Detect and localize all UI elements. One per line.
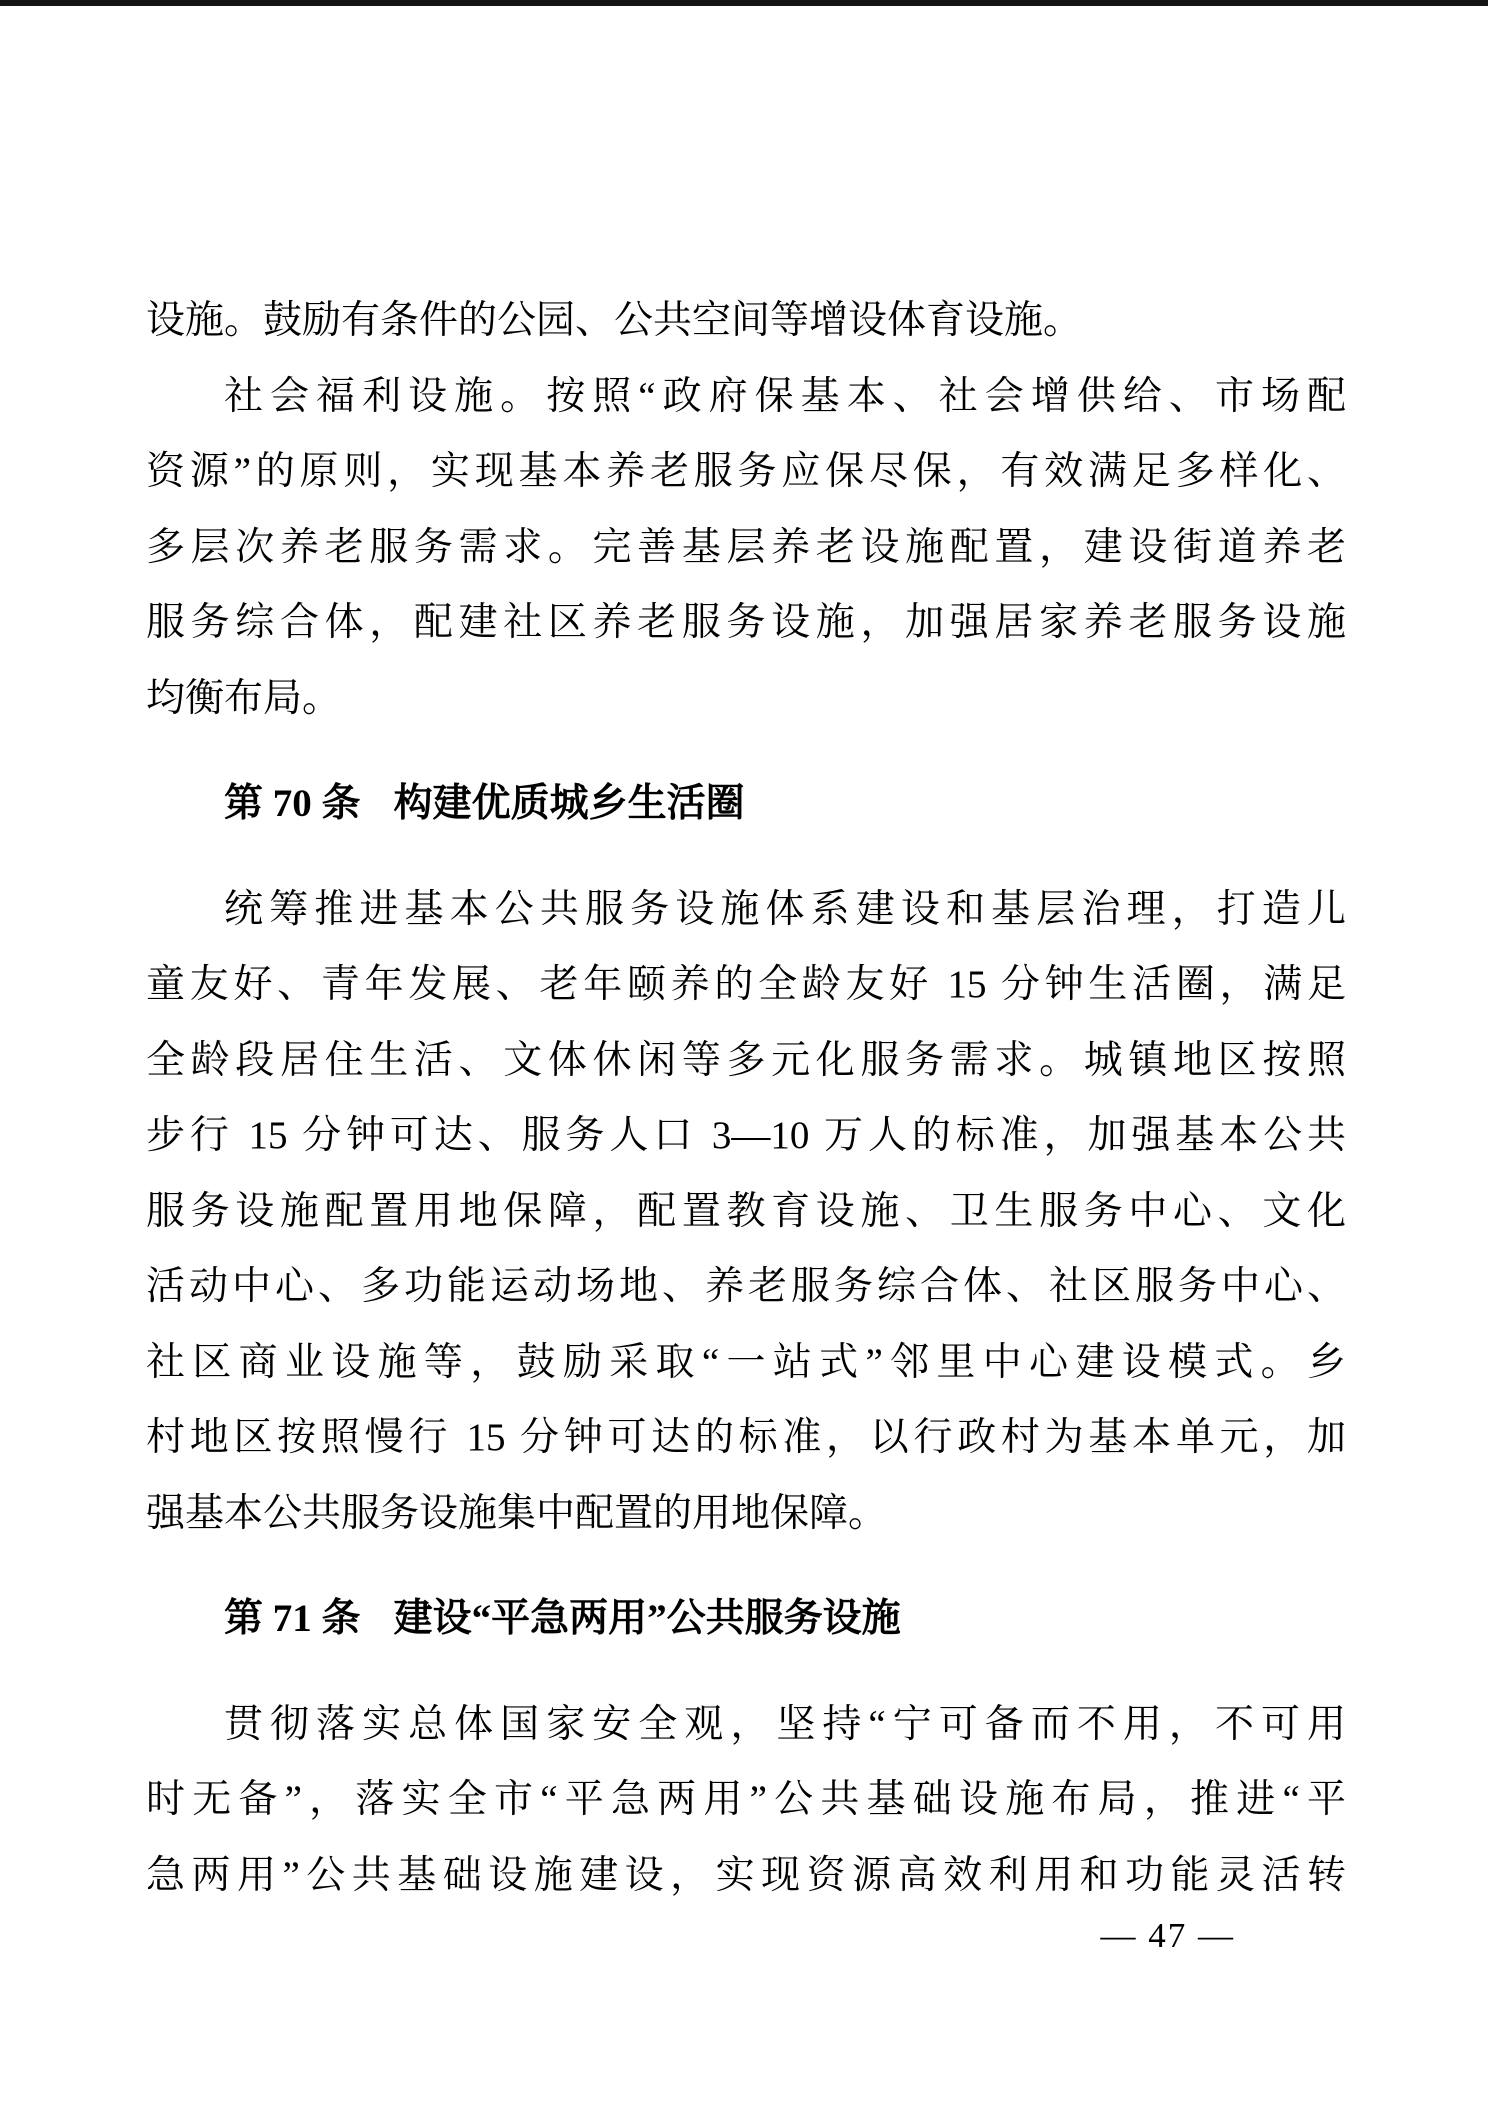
- body-line: 资源”的原则，实现基本养老服务应保尽保，有效满足多样化、: [146, 434, 1346, 510]
- body-line: 统筹推进基本公共服务设施体系建设和基层治理，打造儿: [146, 872, 1346, 948]
- body-line: 活动中心、多功能运动场地、养老服务综合体、社区服务中心、: [146, 1249, 1346, 1325]
- heading-title: 建设“平急两用”公共服务设施: [394, 1597, 901, 1640]
- body-line: 童友好、青年发展、老年颐养的全龄友好 15 分钟生活圈，满足: [146, 947, 1346, 1023]
- page-top-border: [0, 0, 1488, 6]
- body-line: 村地区按照慢行 15 分钟可达的标准，以行政村为基本单元，加: [146, 1400, 1346, 1476]
- heading-number: 第 71 条: [224, 1597, 361, 1640]
- body-line: 步行 15 分钟可达、服务人口 3—10 万人的标准，加强基本公共: [146, 1098, 1346, 1174]
- document-body: 设施。鼓励有条件的公园、公共空间等增设体育设施。 社会福利设施。按照“政府保基本…: [146, 283, 1346, 1913]
- section-70-heading: 第 70 条构建优质城乡生活圈: [146, 766, 1346, 842]
- heading-number: 第 70 条: [224, 782, 361, 825]
- body-line: 时无备”，落实全市“平急两用”公共基础设施布局，推进“平: [146, 1762, 1346, 1838]
- body-line: 社会福利设施。按照“政府保基本、社会增供给、市场配: [146, 359, 1346, 435]
- body-line: 设施。鼓励有条件的公园、公共空间等增设体育设施。: [146, 283, 1346, 359]
- body-line: 社区商业设施等，鼓励采取“一站式”邻里中心建设模式。乡: [146, 1325, 1346, 1401]
- body-line: 贯彻落实总体国家安全观，坚持“宁可备而不用，不可用: [146, 1687, 1346, 1763]
- section-71-heading: 第 71 条建设“平急两用”公共服务设施: [146, 1581, 1346, 1657]
- page-number: — 47 —: [1101, 1916, 1236, 1956]
- heading-title: 构建优质城乡生活圈: [394, 782, 745, 825]
- body-line: 均衡布局。: [146, 661, 1346, 737]
- body-line: 服务设施配置用地保障，配置教育设施、卫生服务中心、文化: [146, 1174, 1346, 1250]
- body-line: 强基本公共服务设施集中配置的用地保障。: [146, 1476, 1346, 1552]
- body-line: 服务综合体，配建社区养老服务设施，加强居家养老服务设施: [146, 585, 1346, 661]
- body-line: 全龄段居住生活、文体休闲等多元化服务需求。城镇地区按照: [146, 1023, 1346, 1099]
- body-line: 多层次养老服务需求。完善基层养老设施配置，建设街道养老: [146, 510, 1346, 586]
- body-line: 急两用”公共基础设施建设，实现资源高效利用和功能灵活转: [146, 1838, 1346, 1914]
